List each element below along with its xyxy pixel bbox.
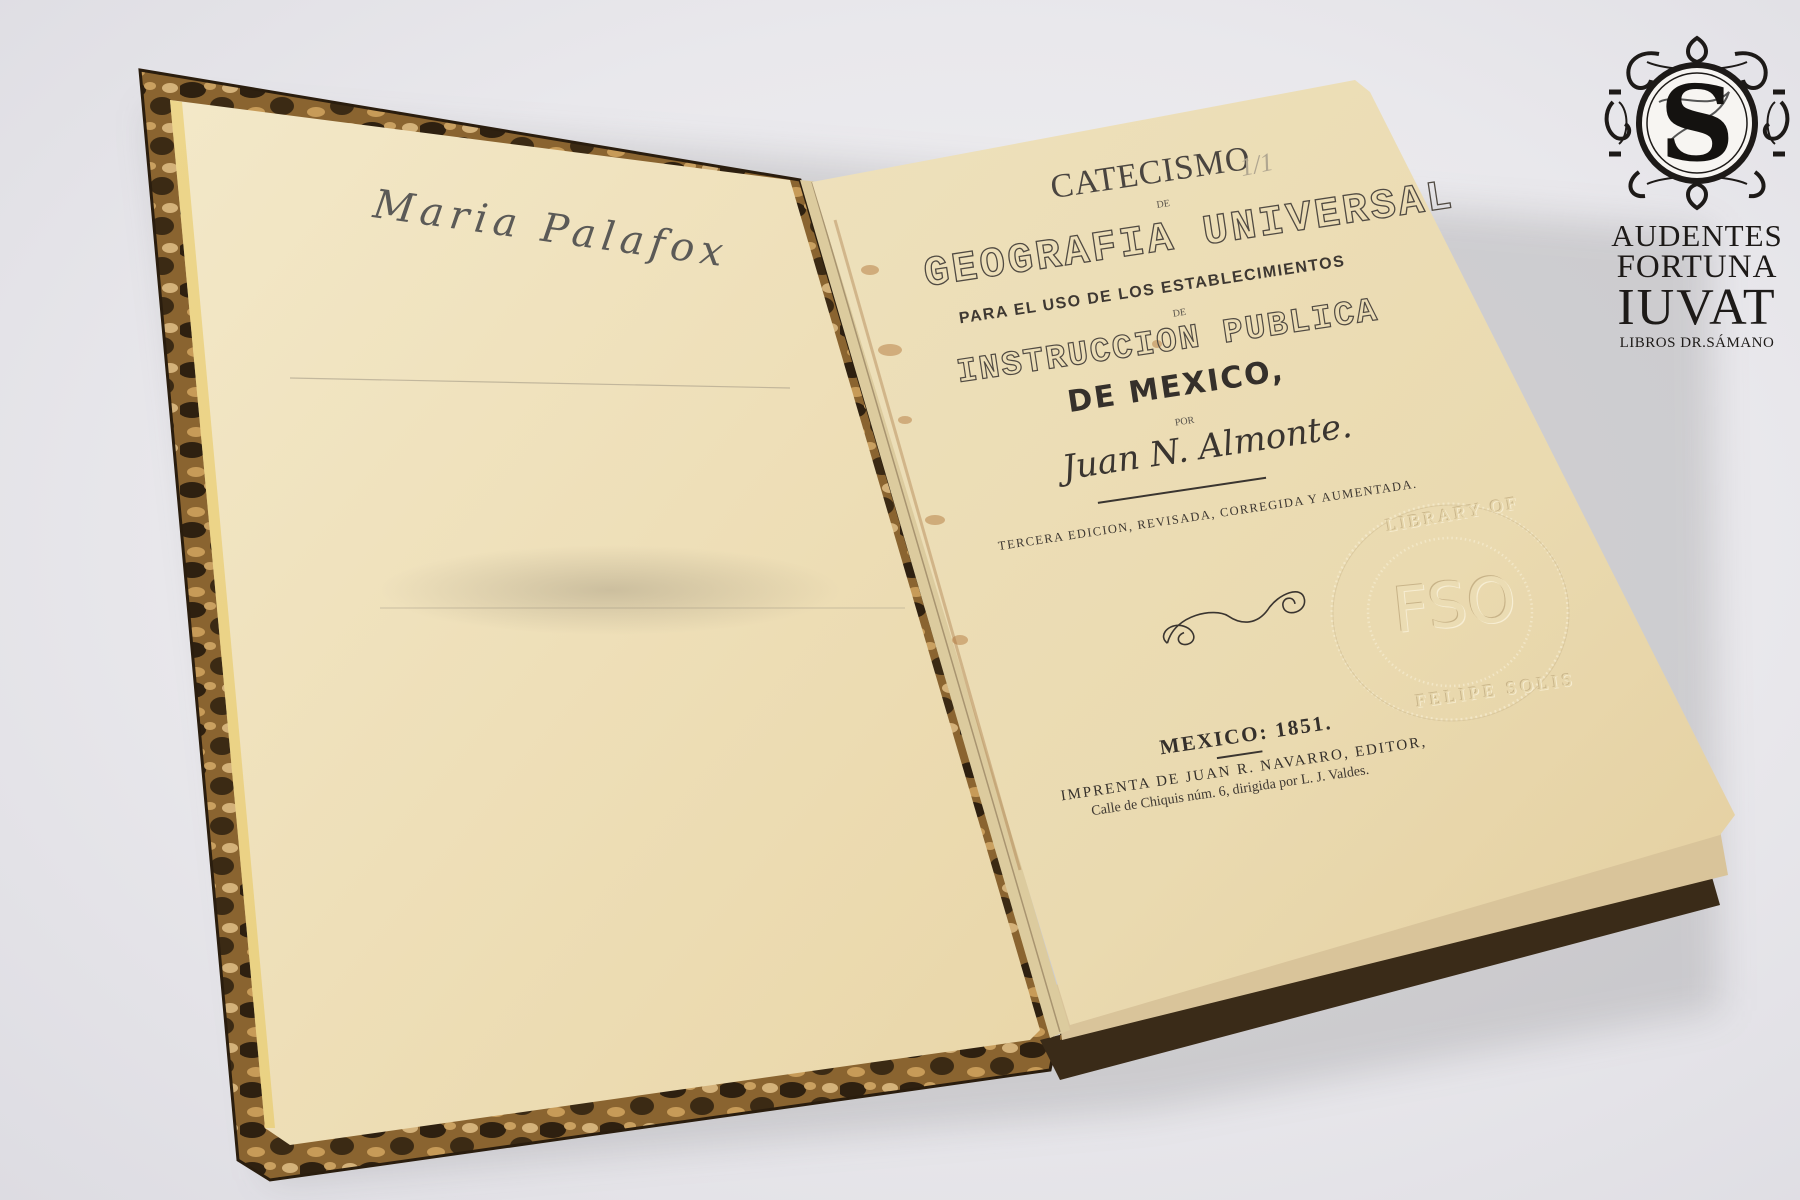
ornate-s-emblem-icon: S	[1599, 32, 1795, 212]
title-de-1: DE	[1156, 198, 1171, 211]
logo-line-audentes: AUDENTES	[1611, 220, 1783, 251]
author-rule	[1098, 477, 1266, 504]
place-rule	[1217, 750, 1263, 758]
emblem-letter: S	[1659, 62, 1734, 185]
title-de-2: DE	[1172, 307, 1187, 320]
stamp-monogram: FSO	[1390, 562, 1520, 647]
logo-line-iuvat: IUVAT	[1617, 282, 1776, 334]
title-por: POR	[1174, 415, 1195, 429]
logo-watermark: S AUDENTES FORTUNA IUVAT LIBROS DR.SÁMAN…	[1598, 32, 1796, 362]
ornament-flourish-icon	[1151, 563, 1320, 656]
book-photo: Maria Palafox CATECISMO DE GEOGRAFIA UNI…	[0, 0, 1800, 1200]
title-author: Juan N. Almonte.	[1060, 406, 1355, 489]
embossed-stamp: FSO LIBRARY OF FELIPE SOLIS	[1325, 500, 1575, 730]
logo-line-libros: LIBROS DR.SÁMANO	[1620, 336, 1775, 351]
